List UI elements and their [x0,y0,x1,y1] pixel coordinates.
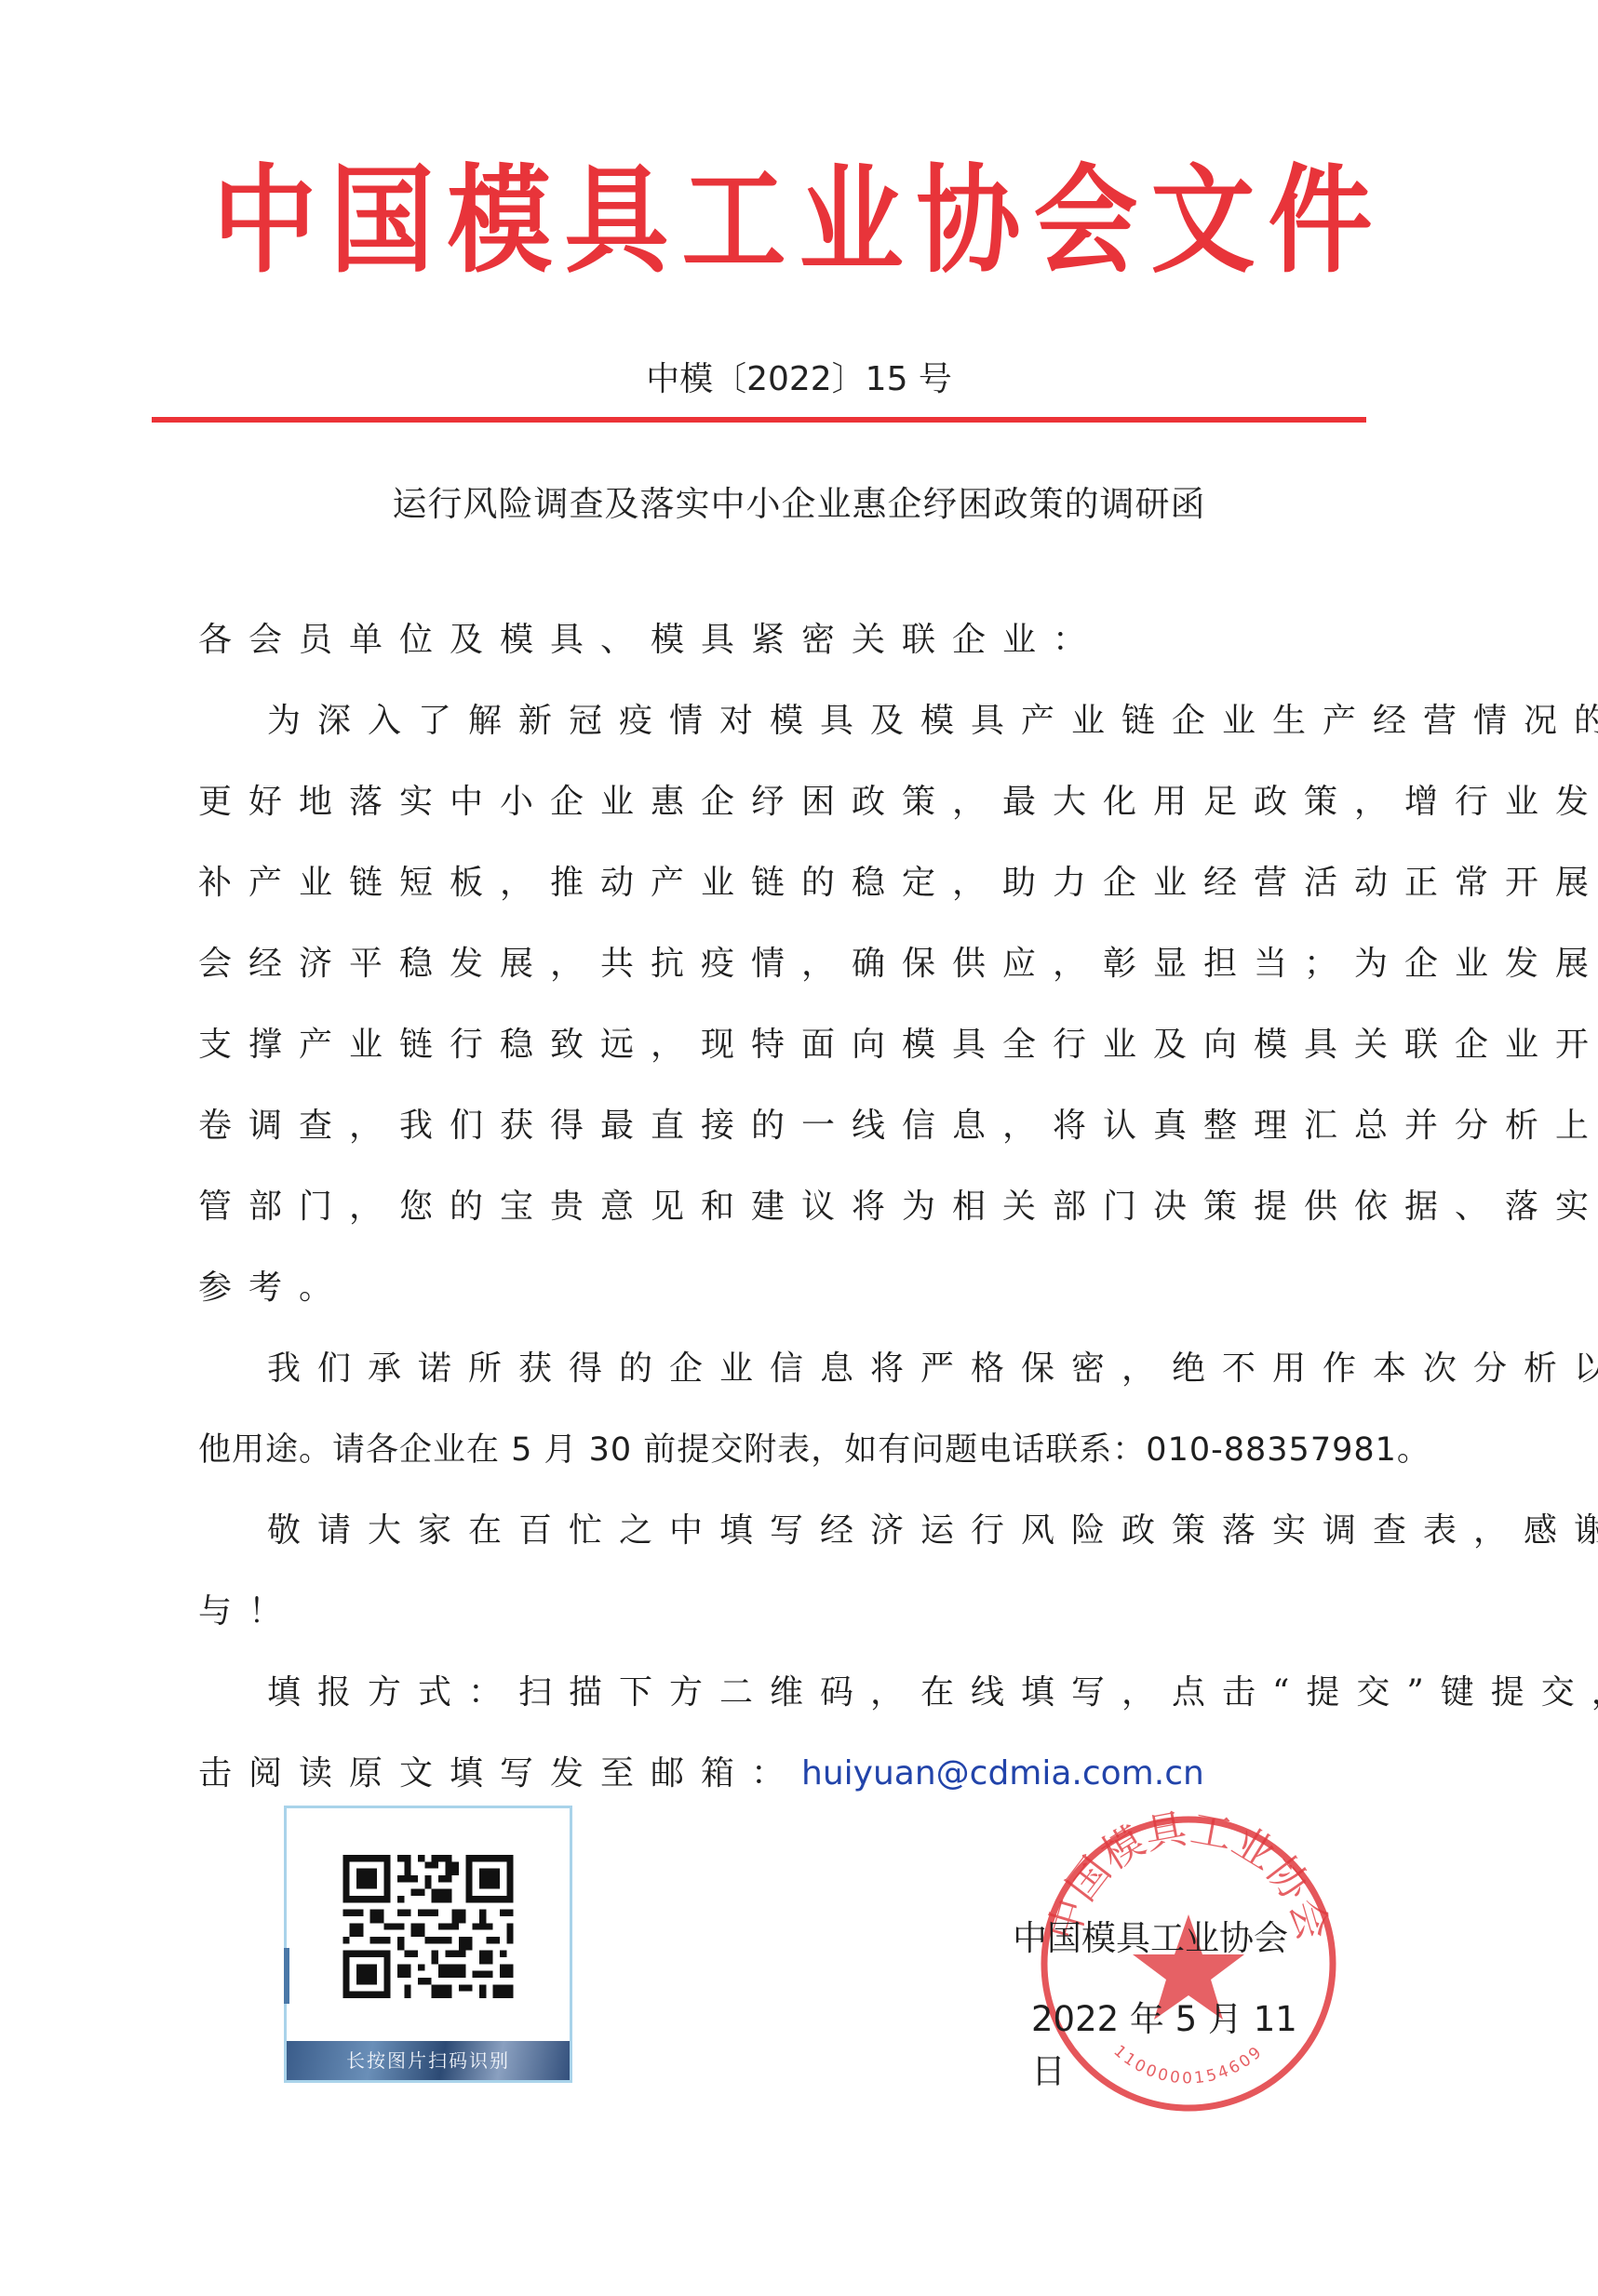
paragraph-4-line-1: 填报方式：扫描下方二维码，在线填写，点击“提交”键提交，或点 [267,1667,1440,1719]
email-link[interactable]: huiyuan@cdmia.com.cn [801,1754,1204,1792]
paragraph-4-line-2: 击阅读原文填写发至邮箱：huiyuan@cdmia.com.cn [198,1748,1371,1800]
signing-organization: 中国模具工业协会 [1013,1913,1310,1965]
signing-date: 2022 年 5 月 11 日 [1031,1994,1329,2098]
paragraph-1-line-6: 卷调查，我们获得最直接的一线信息，将认真整理汇总并分析上报有关主 [198,1100,1371,1152]
document-number: 中模〔2022〕15 号 [0,354,1598,406]
salutation: 各会员单位及模具、模具紧密关联企业： [198,614,1371,666]
paragraph-2-line-2: 他用途。请各企业在 5 月 30 前提交附表，如有问题电话联系：010-8835… [198,1424,1371,1476]
document-title: 运行风险调查及落实中小企业惠企纾困政策的调研函 [0,477,1598,532]
paragraph-1-line-1: 为深入了解新冠疫情对模具及模具产业链企业生产经营情况的影响， [267,695,1440,747]
document-masthead: 中国模具工业协会文件 [0,149,1598,295]
qr-caption: 长按图片扫码识别 [287,2041,570,2080]
paragraph-1-line-7: 管部门，您的宝贵意见和建议将为相关部门决策提供依据、落实政策提供 [198,1181,1371,1233]
red-divider-rule [152,417,1366,423]
paragraph-1-line-2: 更好地落实中小企业惠企纾困政策，最大化用足政策，增行业发展信心， [198,776,1371,828]
paragraph-4-line-2-text: 击阅读原文填写发至邮箱： [198,1754,801,1792]
paragraph-1-line-8: 参考。 [198,1262,1371,1314]
paragraph-1-line-5: 支撑产业链行稳致远，现特面向模具全行业及向模具关联企业开展本次问 [198,1019,1371,1071]
qr-card-edge-decoration [284,1948,289,2004]
paragraph-3-line-2: 与！ [198,1586,1371,1638]
paragraph-3-line-1: 敬请大家在百忙之中填写经济运行风险政策落实调查表，感谢您的参 [267,1505,1440,1557]
paragraph-2-line-1: 我们承诺所获得的企业信息将严格保密，绝不用作本次分析以外的其 [267,1343,1440,1395]
qr-code-icon[interactable] [342,1855,514,1998]
paragraph-1-line-4: 会经济平稳发展，共抗疫情，确保供应，彰显担当；为企业发展保驾护航， [198,938,1371,990]
qr-code-card[interactable]: 长按图片扫码识别 [284,1806,572,2083]
paragraph-1-line-3: 补产业链短板，推动产业链的稳定，助力企业经营活动正常开展，保障社 [198,857,1371,909]
